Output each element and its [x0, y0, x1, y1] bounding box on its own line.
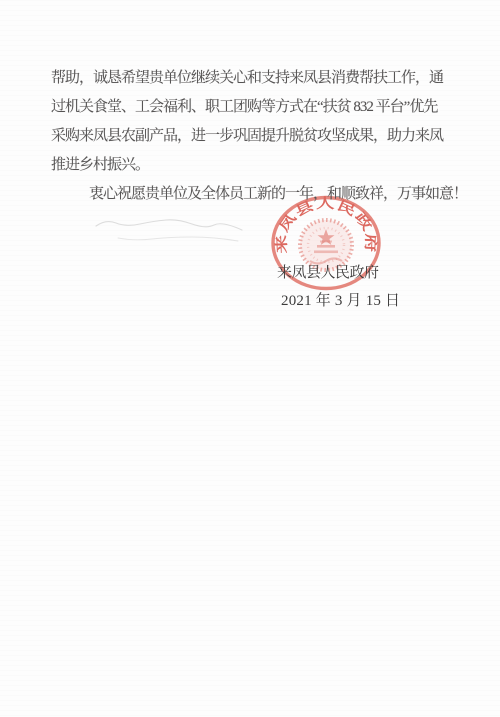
- scanned-letter-page: 帮助，诚恳希望贵单位继续关心和支持来凤县消费帮扶工作，通 过机关食堂、工会福利、…: [0, 0, 500, 717]
- date-line: 2021 年 3 月 15 日: [281, 289, 400, 310]
- body-line-1: 帮助，诚恳希望贵单位继续关心和支持来凤县消费帮扶工作，通: [51, 64, 467, 93]
- body-line-3: 采购来凤县农副产品，进一步巩固提升脱贫攻坚成果，助力来凤: [51, 122, 467, 151]
- signature: 来凤县人民政府: [277, 261, 379, 282]
- body-line-5: 衷心祝愿贵单位及全体员工新的一年，和顺致祥，万事如意！: [51, 180, 467, 209]
- letter-body: 帮助，诚恳希望贵单位继续关心和支持来凤县消费帮扶工作，通 过机关食堂、工会福利、…: [51, 64, 467, 209]
- pencil-scribble: [88, 214, 268, 248]
- body-line-4: 推进乡村振兴。: [51, 151, 467, 180]
- body-line-2: 过机关食堂、工会福利、职工团购等方式在“扶贫 832 平台”优先: [51, 93, 467, 122]
